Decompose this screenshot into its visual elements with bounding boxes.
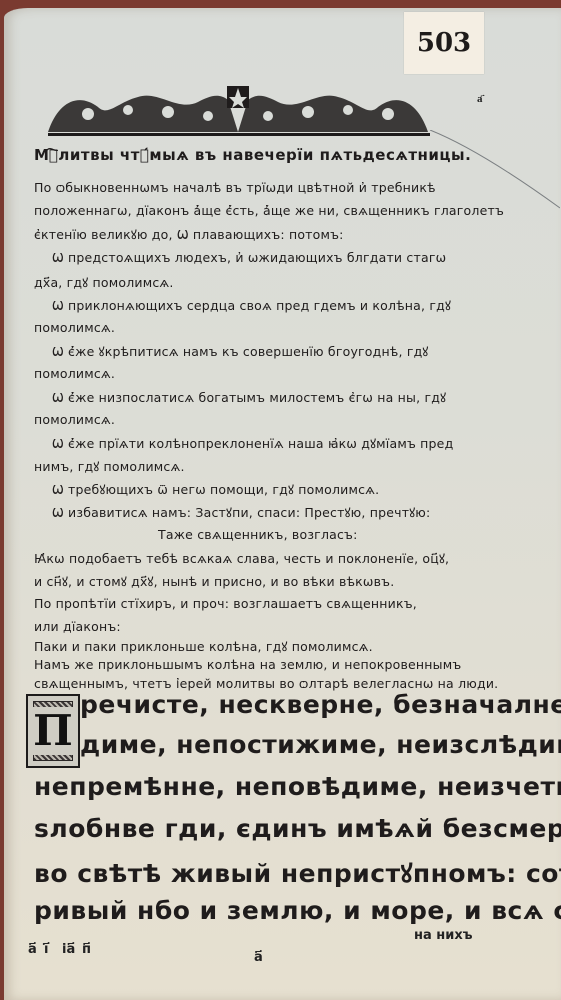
decorated-initial: П [26, 694, 80, 768]
catchword: на нихъ [414, 928, 473, 943]
paper-curve-line [420, 130, 560, 210]
text-line: Ѡ є҆́же прїѧти колѣнопреклоненїѧ наша ꙗ҆… [52, 435, 453, 452]
initial-letter: П [31, 707, 75, 755]
text-line: свѧщеннымъ, чтетъ і҆ерей молитвы во ѻлта… [34, 676, 498, 691]
archive-page-label: 503 [404, 12, 484, 74]
quire-mark: іа҃ [62, 942, 75, 957]
initial-frame: П [33, 701, 73, 761]
text-line: Намъ же приклоньшымъ колѣна на землю, и … [34, 657, 461, 672]
text-line: є҆ктенїю великꙋю до, Ѡ плавающихъ: потом… [34, 226, 344, 243]
text-line: помолимсѧ. [34, 366, 115, 381]
headpiece-rule [48, 133, 430, 136]
archive-page-number: 503 [417, 28, 471, 58]
text-line: Ѡ избавитисѧ намъ: Застꙋпи, спаси: Прест… [52, 504, 430, 521]
quire-mark: і҃ [44, 942, 48, 957]
prayer-line: ѕлобнве гди, єдинъ имѣѧй безсмертїе, [34, 814, 561, 843]
prayer-line: во свѣтѣ живый непристꙋпномъ: сотво- [34, 856, 561, 890]
floral-headpiece-ornament [48, 82, 428, 134]
text-line: Ѡ требꙋющихъ ѿ негѡ помощи, гдꙋ помолимс… [52, 481, 379, 498]
text-line: По пропѣтїи стїхиръ, и проч: возглашаетъ… [34, 596, 417, 611]
text-line: дх҃а, гдꙋ помолимсѧ. [34, 274, 174, 291]
text-line: помолимсѧ. [34, 412, 115, 427]
text-line: Таже свѧщенникъ, возгласъ: [158, 527, 358, 542]
text-line: или дїаконъ: [34, 619, 121, 634]
quire-mark: п҃ [82, 942, 91, 957]
text-line: положеннагѡ, дїаконъ а҆́ще є҆́сть, а҆́ще… [34, 203, 504, 218]
prayer-line: диме, непостижиме, неизслѣдиме, [80, 730, 561, 759]
text-line: нимъ, гдꙋ помолимсѧ. [34, 458, 185, 475]
page-signature: а҃ [254, 950, 263, 965]
text-line: По ѻбыкновеннѡмъ началѣ въ трїѡди цвѣтно… [34, 180, 436, 195]
quire-mark: а҃ [28, 942, 37, 957]
top-signature-mark: а҃ [477, 92, 483, 105]
prayer-line: речисте, нескверне, безначалне, неви- [80, 690, 561, 719]
section-title: Мⷪ҇литвы чтꙋ́мыѧ въ навечерїи пѧтьдесѧтн… [34, 146, 471, 164]
text-line: Ѡ предстоѧщихъ людехъ, и҆ ѡжидающихъ блг… [52, 250, 446, 265]
text-line: и сн҃ꙋ, и стомꙋ дх҃ꙋ, нынѣ и присно, и в… [34, 573, 394, 590]
prayer-line: ривый нбо и землю, и море, и всѧ созданн… [34, 896, 561, 925]
text-line: помолимсѧ. [34, 320, 115, 335]
text-line: Ꙗ҆кѡ подобаетъ тебѣ всѧкаѧ слава, честь … [34, 550, 449, 567]
text-line: Паки и паки приклоньше колѣна, гдꙋ помол… [34, 638, 373, 655]
text-line: Ѡ є҆́же ꙋкрѣпитисѧ намъ къ совершенїю бг… [52, 343, 429, 360]
text-line: Ѡ приклонѧющихъ сердца своѧ пред гдемъ и… [52, 297, 451, 314]
prayer-line: непремѣнне, неповѣдиме, неизчетне, не- [34, 772, 561, 801]
text-line: Ѡ є҆́же низпослатисѧ богатымъ милостемъ … [52, 389, 446, 406]
